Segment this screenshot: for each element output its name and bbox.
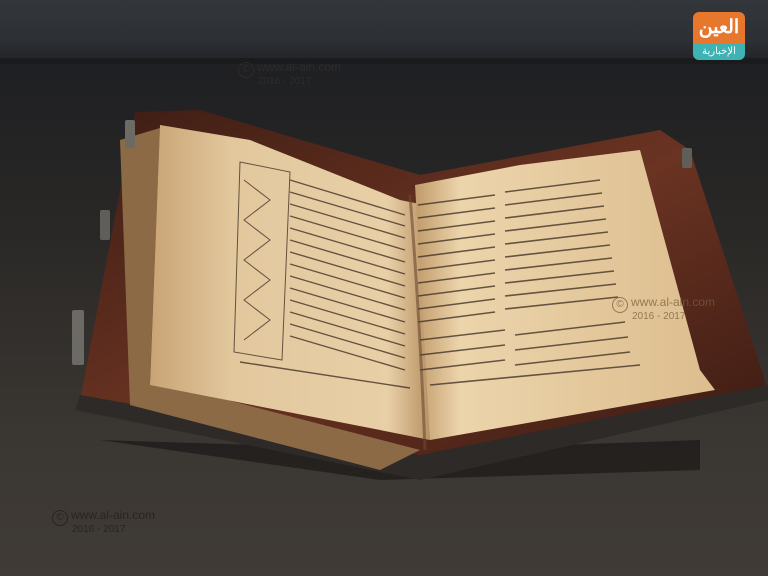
open-manuscript: [0, 0, 768, 576]
copyright-icon: ©: [52, 510, 68, 526]
al-ain-logo: العين الإخبارية: [693, 12, 745, 60]
watermark-years: 2016 - 2017: [258, 76, 341, 87]
watermark-bottom-left: ©www.al-ain.com 2016 - 2017: [52, 510, 155, 535]
watermark-right: ©www.al-ain.com 2016 - 2017: [612, 297, 715, 322]
watermark-top: ©www.al-ain.com 2016 - 2017: [238, 62, 341, 87]
photo-scene: العين الإخبارية ©www.al-ain.com 2016 - 2…: [0, 0, 768, 576]
watermark-url: www.al-ain.com: [71, 508, 155, 522]
watermark-years: 2016 - 2017: [632, 311, 715, 322]
logo-title: العين: [693, 12, 745, 44]
watermark-years: 2016 - 2017: [72, 524, 155, 535]
copyright-icon: ©: [612, 297, 628, 313]
logo-subtitle: الإخبارية: [693, 44, 745, 60]
watermark-url: www.al-ain.com: [631, 295, 715, 309]
watermark-url: www.al-ain.com: [257, 60, 341, 74]
copyright-icon: ©: [238, 62, 254, 78]
